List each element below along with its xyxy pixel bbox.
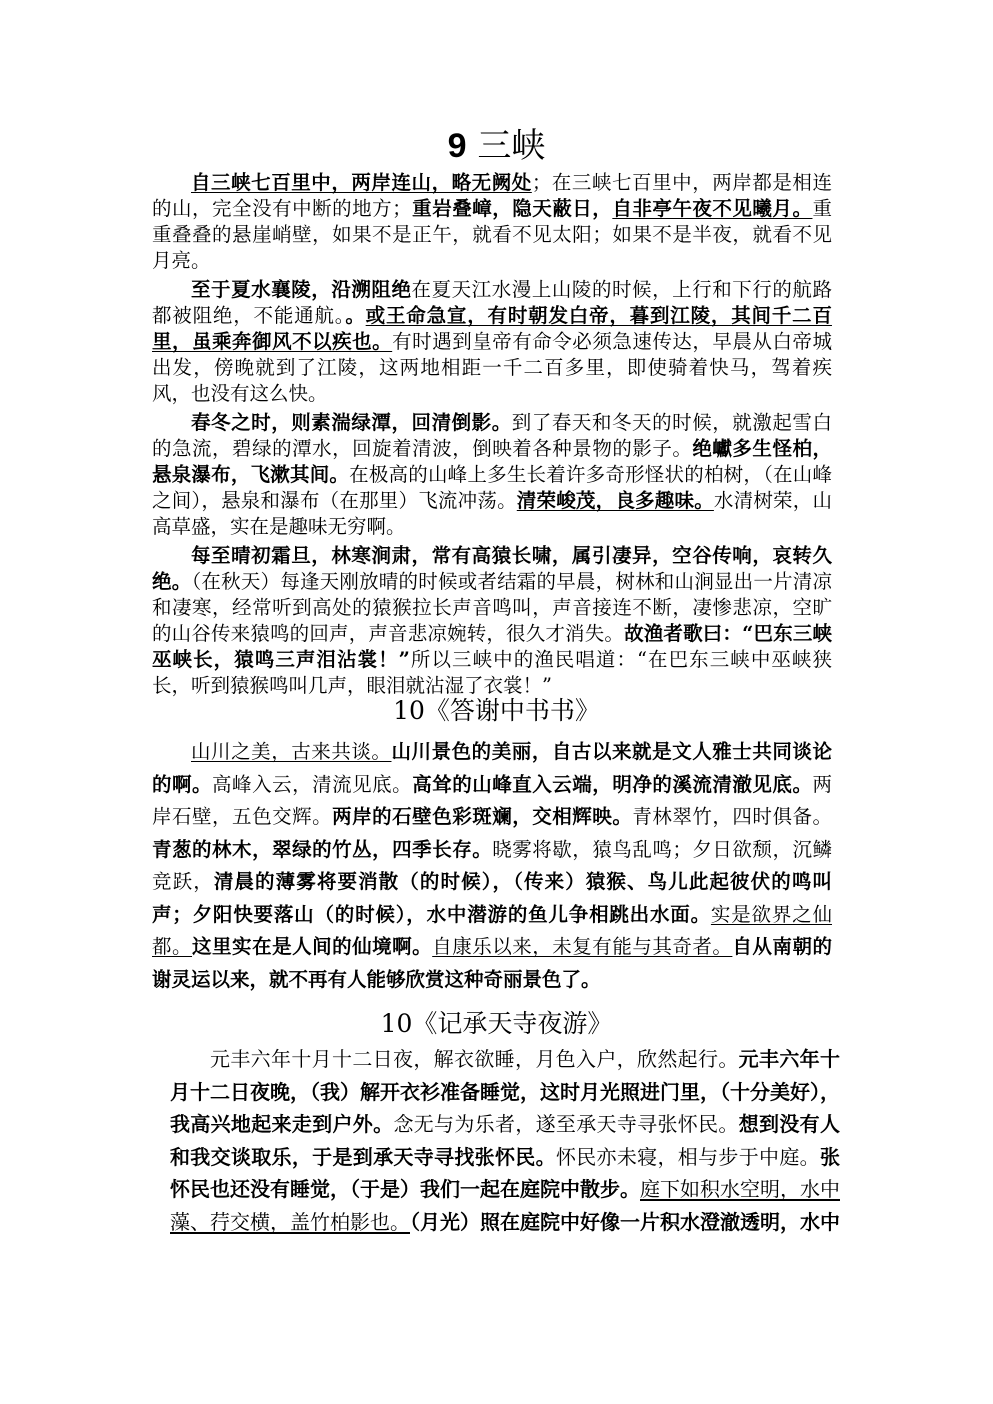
underlined-text: 自康乐以来，未复有能与其奇者。 bbox=[432, 935, 732, 958]
underlined-text: 山川之美，古来共谈。 bbox=[191, 740, 391, 763]
paragraph: 自三峡七百里中，两岸连山，略无阙处；在三峡七百里中，两岸都是相连的山，完全没有中… bbox=[152, 170, 832, 274]
paragraph: 山川之美，古来共谈。山川景色的美丽，自古以来就是文人雅士共同谈论的啊。高峰入云，… bbox=[152, 736, 832, 996]
paragraph: 春冬之时，则素湍绿潭，回清倒影。到了春天和冬天的时候，就激起雪白的急流，碧绿的潭… bbox=[152, 410, 832, 540]
paragraph: 元丰六年十月十二日夜，解衣欲睡，月色入户，欣然起行。元丰六年十月十二日夜晚，（我… bbox=[170, 1043, 840, 1238]
bold-text: （月光）照在庭院中好像一片积水澄澈透明，水中 bbox=[410, 1210, 840, 1234]
section-title-chengtiansi: 10《记承天寺夜游》 bbox=[0, 1006, 993, 1042]
section-title-sanxia: 9 三峡 bbox=[0, 124, 993, 168]
section-body-sanxia: 自三峡七百里中，两岸连山，略无阙处；在三峡七百里中，两岸都是相连的山，完全没有中… bbox=[152, 170, 832, 699]
paragraph: 每至晴初霜旦，林寒涧肃，常有高猿长啸，属引凄异，空谷传响，哀转久绝。（在秋天）每… bbox=[152, 543, 832, 699]
text-run: 元丰六年十月十二日夜，解衣欲睡，月色入户，欣然起行。 bbox=[210, 1047, 739, 1071]
text-run: 高峰入云，清流见底。 bbox=[212, 773, 412, 796]
underlined-text: 自三峡七百里中，两岸连山，略无阙处 bbox=[191, 171, 532, 194]
bold-text: 这里实在是人间的仙境啊。 bbox=[192, 935, 432, 958]
paragraph: 至于夏水襄陵，沿溯阻绝在夏天江水漫上山陵的时候，上行和下行的航路都被阻绝，不能通… bbox=[152, 277, 832, 407]
text-run: 念无与为乐者，遂至承天寺寻张怀民。 bbox=[393, 1112, 738, 1136]
section-body-daxie: 山川之美，古来共谈。山川景色的美丽，自古以来就是文人雅士共同谈论的啊。高峰入云，… bbox=[152, 736, 832, 996]
text-run: 怀民亦未寝，相与步于中庭。 bbox=[556, 1145, 820, 1169]
document-page: 9 三峡 自三峡七百里中，两岸连山，略无阙处；在三峡七百里中，两岸都是相连的山，… bbox=[0, 0, 993, 1404]
section-title-daxie: 10《答谢中书书》 bbox=[0, 694, 993, 728]
text-run: 青林翠竹，四时俱备。 bbox=[632, 805, 832, 828]
bold-text: 重岩叠嶂，隐天蔽日， bbox=[412, 197, 613, 220]
bold-text: 两岸的石壁色彩斑斓，交相辉映。 bbox=[332, 805, 632, 828]
section-number: 9 bbox=[448, 127, 467, 165]
bold-text: 。 bbox=[345, 304, 365, 327]
bold-text: 至于夏水襄陵，沿溯阻绝 bbox=[191, 278, 412, 301]
bold-text: 高耸的山峰直入云端，明净的溪流清澈见底。 bbox=[412, 773, 812, 796]
underlined-text: 自非亭午夜不见曦月。 bbox=[612, 197, 812, 220]
underlined-text: 清荣峻茂，良多趣味。 bbox=[517, 489, 714, 512]
section-body-chengtiansi: 元丰六年十月十二日夜，解衣欲睡，月色入户，欣然起行。元丰六年十月十二日夜晚，（我… bbox=[170, 1043, 840, 1238]
bold-text: 春冬之时，则素湍绿潭，回清倒影。 bbox=[191, 411, 512, 434]
bold-text: 青葱的林木，翠绿的竹丛，四季长存。 bbox=[152, 838, 492, 861]
section-title-text: 三峡 bbox=[477, 126, 545, 166]
